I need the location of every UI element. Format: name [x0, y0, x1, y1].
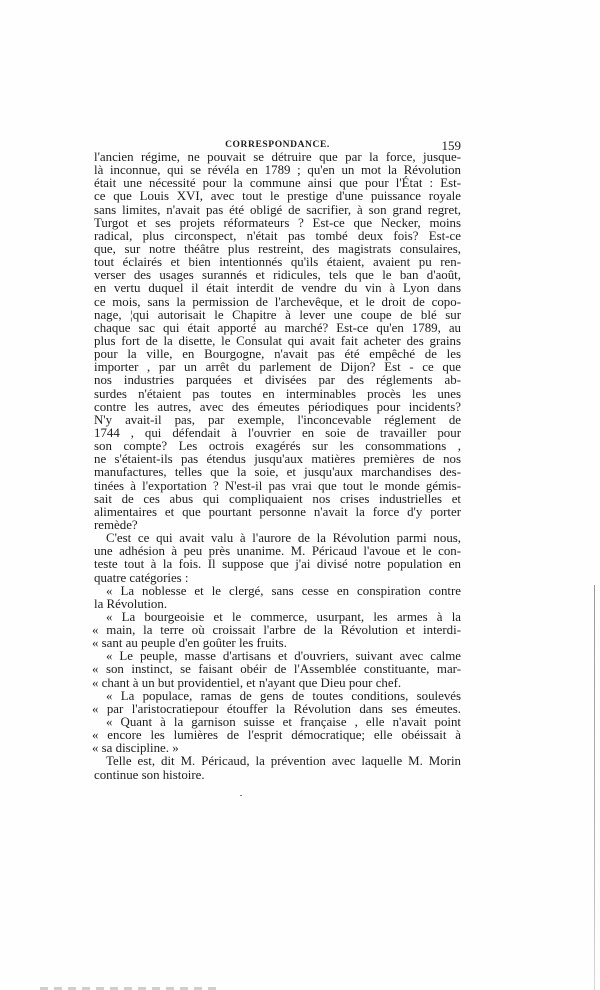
text-line: « La populace, ramas de gens de toutes c…	[94, 690, 461, 703]
text-line: nos industries parquées et divisées par …	[94, 374, 461, 387]
text-line: « son instinct, se faisant obéir de l'As…	[92, 663, 461, 676]
text-line: radical, plus circonspect, n'était pas t…	[94, 230, 461, 243]
book-page: CORRESPONDANCE. 159 l'ancien régime, ne …	[0, 0, 600, 990]
body-text: l'ancien régime, ne pouvait se détruire …	[94, 151, 461, 782]
text-line: quatre catégories :	[94, 572, 461, 585]
text-line: Turgot et ses projets réformateurs ? Est…	[94, 217, 461, 230]
text-line: en vertu duquel il était interdit de ven…	[94, 282, 461, 295]
text-line: teste tout à la fois. Il suppose que j'a…	[94, 558, 461, 571]
scan-speck	[240, 795, 242, 796]
text-line: nage, ¦qui autorisait le Chapitre à leve…	[94, 309, 461, 322]
text-line: sans limites, n'avait pas été obligé de …	[94, 204, 461, 217]
scan-edge-line	[594, 585, 595, 990]
text-line: manufactures, telles que la soie, et jus…	[94, 466, 461, 479]
text-line: « La noblesse et le clergé, sans cesse e…	[94, 585, 461, 598]
text-line: la Révolution.	[94, 598, 461, 611]
text-line: alimentaires et que pourtant personne n'…	[94, 506, 461, 519]
text-line: tinées à l'exportation ? N'est-il pas vr…	[94, 480, 461, 493]
text-line: chaque sac qui était apporté au marché? …	[94, 322, 461, 335]
text-line: Telle est, dit M. Péricaud, la préventio…	[94, 755, 461, 768]
text-line: sait de ces abus qui compliquaient nos c…	[94, 493, 461, 506]
text-line: ce que Louis XVI, avec tout le prestige …	[94, 190, 461, 203]
text-line: surdes n'étaient pas toutes en intermina…	[94, 388, 461, 401]
text-line: contre les autres, avec des émeutes péri…	[94, 401, 461, 414]
text-line: « chant à un but providentiel, et n'ayan…	[92, 677, 461, 690]
running-title: CORRESPONDANCE.	[94, 140, 461, 150]
text-line: continue son histoire.	[94, 769, 461, 782]
text-line: N'y avait-il pas, par exemple, l'inconce…	[94, 414, 461, 427]
text-line: ce mois, sans la permission de l'archevê…	[94, 296, 461, 309]
